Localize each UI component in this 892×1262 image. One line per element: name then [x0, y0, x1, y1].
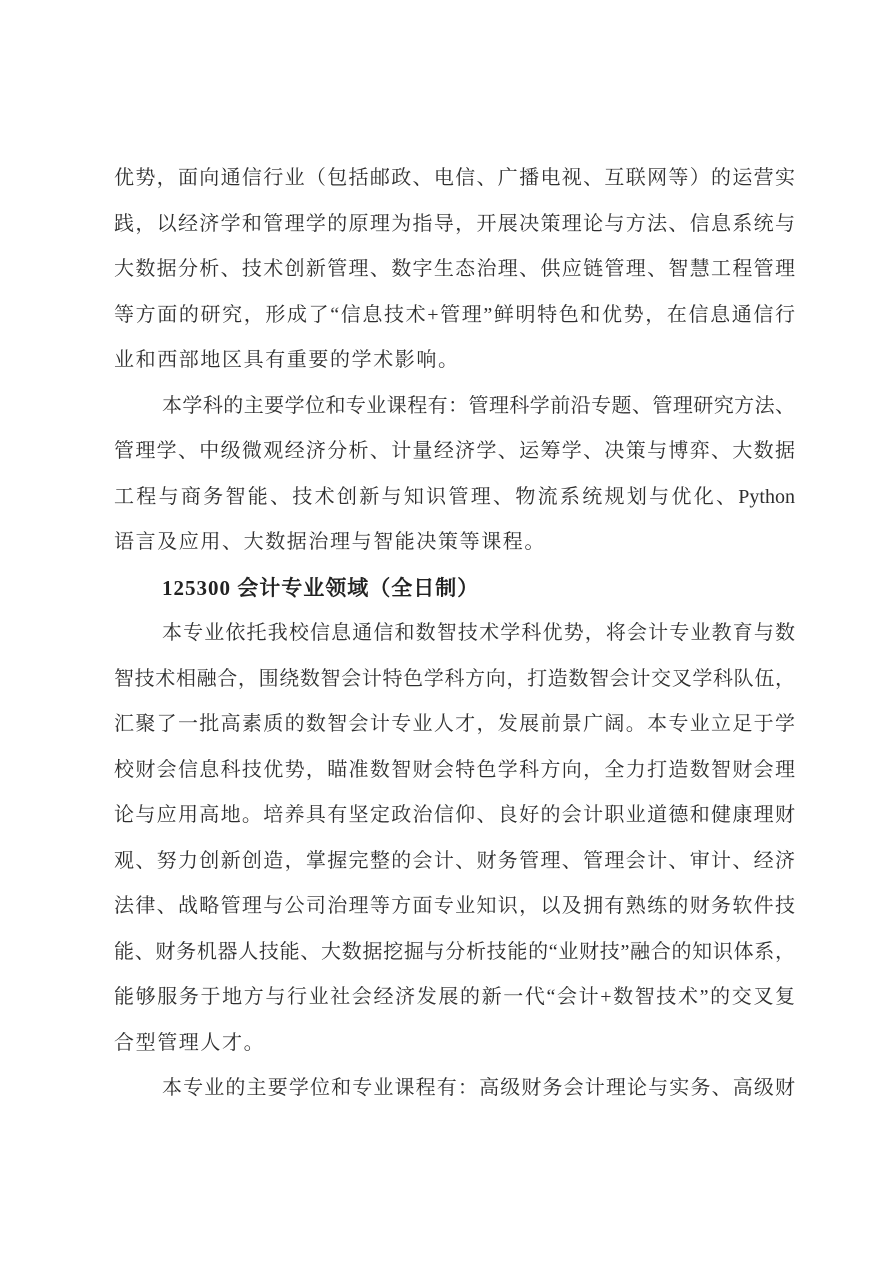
text-line: 合型管理人才。 — [114, 1021, 795, 1067]
text-line: 工程与商务智能、技术创新与知识管理、物流系统规划与优化、Python — [114, 475, 795, 521]
text-line: 法律、战略管理与公司治理等方面专业知识，以及拥有熟练的财务软件技 — [114, 884, 795, 930]
text-line: 观、努力创新创造，掌握完整的会计、财务管理、管理会计、审计、经济 — [114, 839, 795, 885]
text-line: 汇聚了一批高素质的数智会计专业人才，发展前景广阔。本专业立足于学 — [114, 702, 795, 748]
text-line: 论与应用高地。培养具有坚定政治信仰、良好的会计职业道德和健康理财 — [114, 793, 795, 839]
text-line: 能够服务于地方与行业社会经济发展的新一代“会计+数智技术”的交叉复 — [114, 975, 795, 1021]
text-line: 本专业的主要学位和专业课程有：高级财务会计理论与实务、高级财 — [114, 1066, 795, 1112]
text-line: 能、财务机器人技能、大数据挖掘与分析技能的“业财技”融合的知识体系， — [114, 930, 795, 976]
text-line: 管理学、中级微观经济分析、计量经济学、运筹学、决策与博弈、大数据 — [114, 429, 795, 475]
text-line: 大数据分析、技术创新管理、数字生态治理、供应链管理、智慧工程管理 — [114, 247, 795, 293]
document-body: 优势，面向通信行业（包括邮政、电信、广播电视、互联网等）的运营实践，以经济学和管… — [114, 156, 795, 1112]
text-line: 等方面的研究，形成了“信息技术+管理”鲜明特色和优势，在信息通信行 — [114, 293, 795, 339]
document-page: 优势，面向通信行业（包括邮政、电信、广播电视、互联网等）的运营实践，以经济学和管… — [0, 0, 892, 1262]
section-heading: 125300 会计专业领域（全日制） — [114, 566, 795, 612]
text-line: 智技术相融合，围绕数智会计特色学科方向，打造数智会计交叉学科队伍， — [114, 657, 795, 703]
text-line: 本学科的主要学位和专业课程有：管理科学前沿专题、管理研究方法、 — [114, 384, 795, 430]
text-line: 践，以经济学和管理学的原理为指导，开展决策理论与方法、信息系统与 — [114, 202, 795, 248]
text-line: 优势，面向通信行业（包括邮政、电信、广播电视、互联网等）的运营实 — [114, 156, 795, 202]
text-line: 语言及应用、大数据治理与智能决策等课程。 — [114, 520, 795, 566]
text-line: 业和西部地区具有重要的学术影响。 — [114, 338, 795, 384]
text-line: 校财会信息科技优势，瞄准数智财会特色学科方向，全力打造数智财会理 — [114, 748, 795, 794]
text-line: 本专业依托我校信息通信和数智技术学科优势，将会计专业教育与数 — [114, 611, 795, 657]
